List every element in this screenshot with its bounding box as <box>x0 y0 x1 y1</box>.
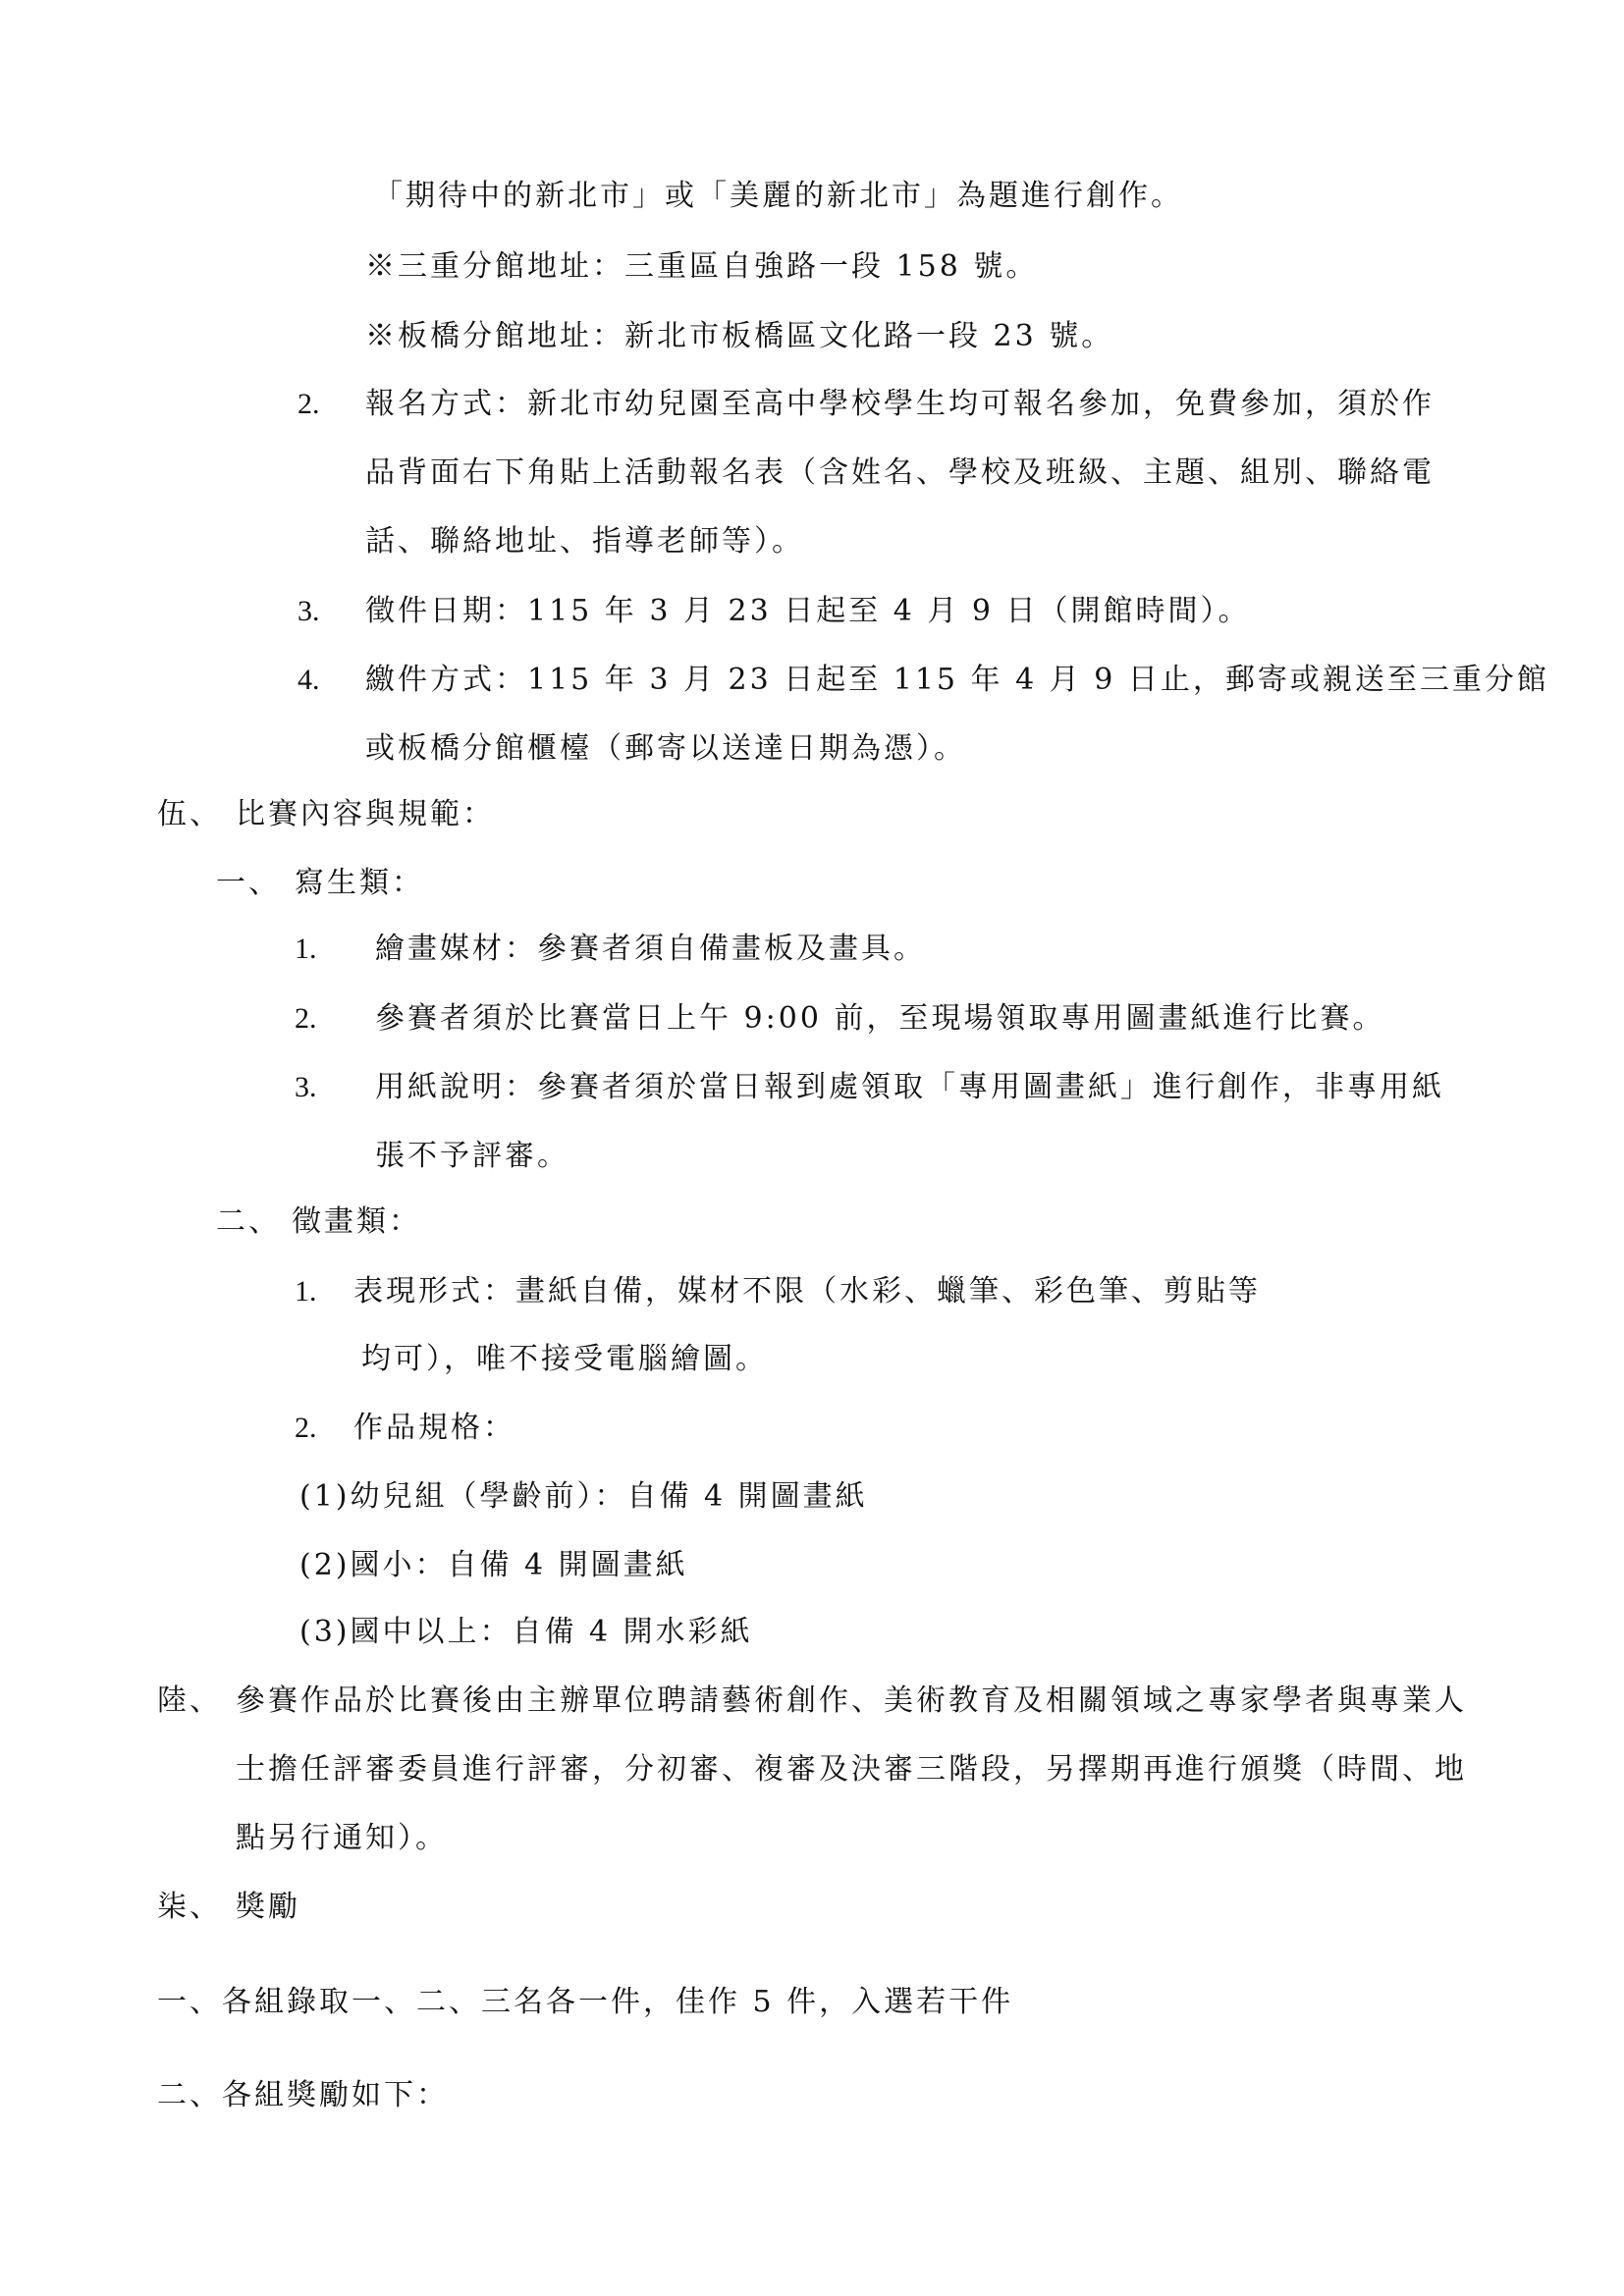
rule-line: 作品規格： <box>353 1409 515 1448</box>
subsection-number: 二、 <box>216 1202 281 1242</box>
item-number: 4. <box>298 661 320 700</box>
subsection-number: 一、 <box>216 864 281 903</box>
registration-method-line: 話、聯絡地址、指導老師等）。 <box>365 522 804 561</box>
submission-method-line: 繳件方式：115 年 3 月 23 日起至 115 年 4 月 9 日止，郵寄或… <box>365 661 1549 700</box>
section-number: 陸、 <box>157 1682 222 1721</box>
award-point: 二、各組獎勵如下： <box>157 2076 449 2115</box>
spec-line: (1)幼兒組（學齡前）：自備 4 開圖畫紙 <box>299 1477 868 1517</box>
spec-line: (2)國小：自備 4 開圖畫紙 <box>299 1546 688 1585</box>
section-number: 柒、 <box>157 1888 222 1927</box>
section-number: 伍、 <box>157 795 222 834</box>
item-number: 2. <box>295 999 317 1039</box>
item-number: 1. <box>295 930 317 969</box>
banqiao-address-note: ※板橋分館地址：新北市板橋區文化路一段 23 號。 <box>365 317 1113 356</box>
sanchong-address-note: ※三重分館地址：三重區自強路一段 158 號。 <box>365 247 1038 287</box>
item-number: 1. <box>295 1272 317 1311</box>
item-number: 3. <box>295 1068 317 1107</box>
award-point: 一、各組錄取一、二、三名各一件，佳作 5 件，入選若干件 <box>157 1983 1013 2022</box>
spec-line: (3)國中以上：自備 4 開水彩紙 <box>299 1613 753 1652</box>
rule-line: 參賽者須於比賽當日上午 9:00 前，至現場領取專用圖畫紙進行比賽。 <box>375 999 1384 1039</box>
rule-line: 均可），唯不接受電腦繪圖。 <box>361 1340 768 1379</box>
submission-method-line: 或板橋分館櫃檯（郵寄以送達日期為憑）。 <box>365 729 966 769</box>
subsection-title: 徵畫類： <box>292 1202 421 1242</box>
rule-line: 表現形式：畫紙自備，媒材不限（水彩、蠟筆、彩色筆、剪貼等 <box>353 1272 1261 1311</box>
rule-line: 繪畫媒材：參賽者須自備畫板及畫具。 <box>375 930 926 969</box>
judging-line: 士擔任評審委員進行評審，分初審、複審及決審三階段，另擇期再進行頒獎（時間、地 <box>236 1750 1467 1789</box>
judging-line: 參賽作品於比賽後由主辦單位聘請藝術創作、美術教育及相關領域之專家學者與專業人 <box>236 1682 1467 1721</box>
item-number: 2. <box>298 385 320 424</box>
registration-method-line: 品背面右下角貼上活動報名表（含姓名、學校及班級、主題、組別、聯絡電 <box>365 454 1435 493</box>
item-number: 2. <box>295 1409 317 1448</box>
section-heading: 獎勵 <box>236 1888 300 1927</box>
subsection-title: 寫生類： <box>295 864 424 903</box>
judging-line: 點另行通知）。 <box>236 1819 448 1858</box>
item-number: 3. <box>298 592 320 631</box>
section-heading: 比賽內容與規範： <box>236 795 495 834</box>
rule-line: 張不予評審。 <box>375 1137 569 1176</box>
theme-line: 「期待中的新北市」或「美麗的新北市」為題進行創作。 <box>373 177 1183 216</box>
rule-line: 用紙說明：參賽者須於當日報到處領取「專用圖畫紙」進行創作，非專用紙 <box>375 1068 1444 1107</box>
registration-method-line: 報名方式：新北市幼兒園至高中學校學生均可報名參加，免費參加，須於作 <box>365 385 1435 424</box>
submission-date-line: 徵件日期：115 年 3 月 23 日起至 4 月 9 日（開館時間）。 <box>365 592 1251 631</box>
